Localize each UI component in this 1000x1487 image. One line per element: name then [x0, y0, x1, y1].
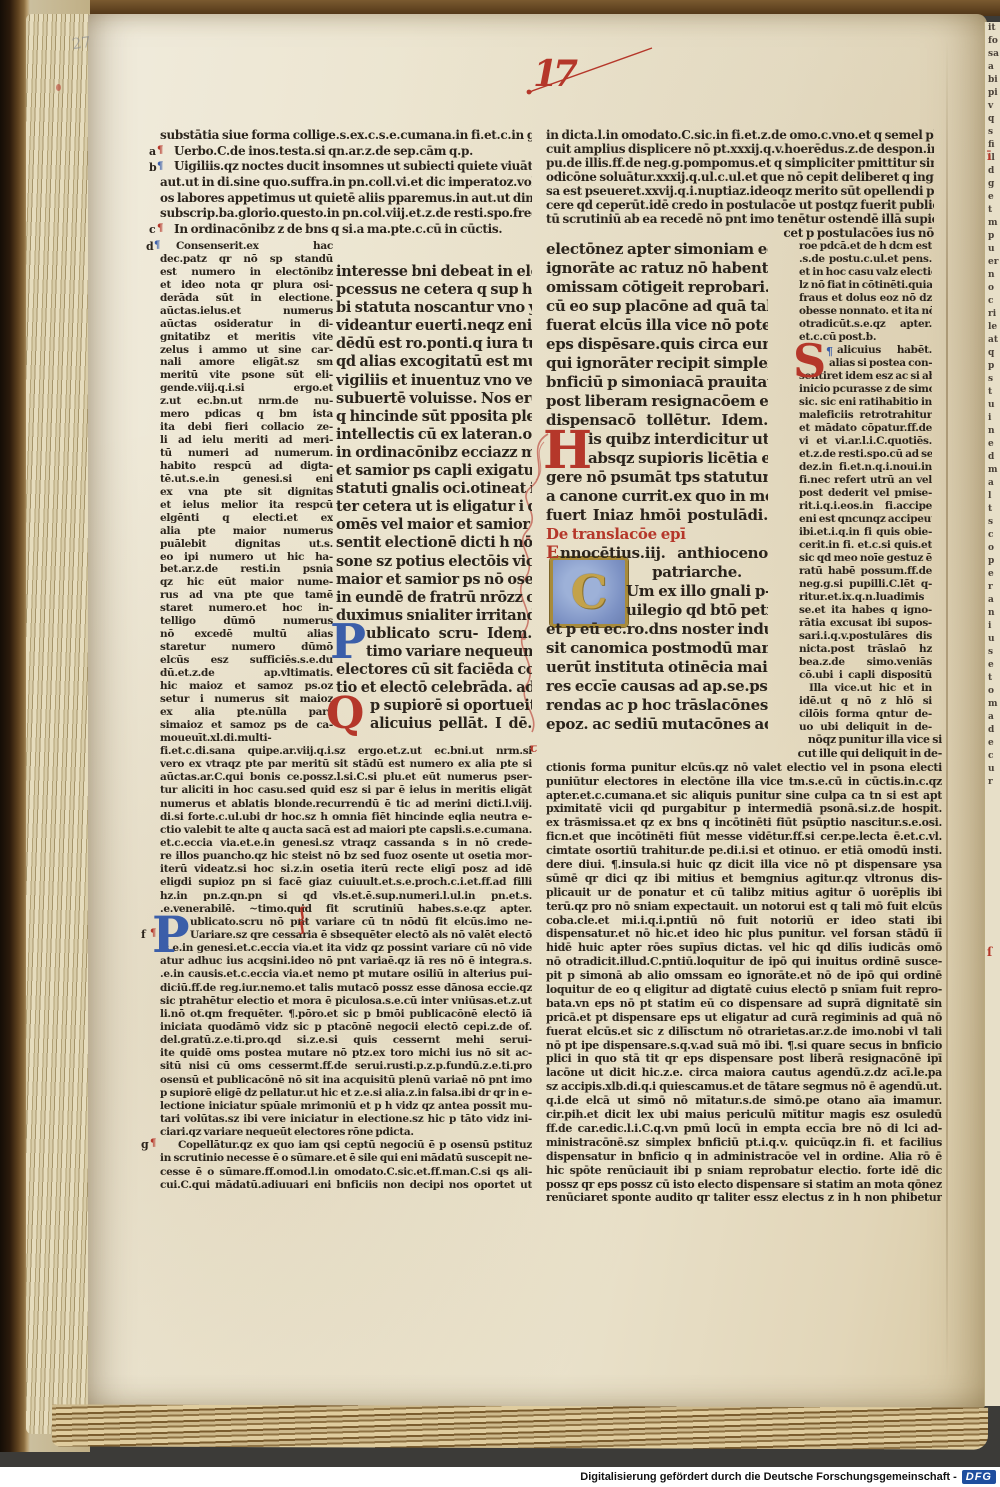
text-line: qz hic eūt maior nume-	[160, 576, 333, 589]
text-line: plicauit ur de ponatur et cū talibz miti…	[546, 886, 942, 900]
text-line: ter cetera ut is eligatur i quez	[336, 498, 532, 516]
text-line: renūciaret sponte audito qr taliter essz…	[546, 1191, 942, 1205]
text-line: q.i.de elcā ut simō nō mītatur.s.de simō…	[546, 1094, 942, 1108]
pilcrow-icon: ¶	[150, 929, 156, 939]
text-line: moueuīt.xl.di.multi-	[160, 732, 333, 745]
text-line: meritū vite psone sūt eli-	[160, 369, 333, 382]
text-line: hic maioz et samoz ps.oz	[160, 680, 333, 693]
text-line: coba.cle.et mi.i.q.i.pntiū nō fuit notor…	[546, 914, 942, 928]
text-line: aūctas.ielus.et numerus	[160, 305, 333, 318]
pilcrow-icon: ¶	[157, 162, 163, 172]
text-line: rendas ac p hoc trāslacōnes	[546, 696, 768, 715]
text-line: puālebit dignitas ut.s.	[160, 538, 333, 551]
text-line: di.si forte.c.ul.ubi dr hoc.sz h omnia f…	[160, 811, 532, 824]
text-line: li ad ielu meriti ad meri-	[160, 434, 333, 447]
text-line: interesse bni debeat in electōe	[336, 263, 532, 281]
text-line: fuert Iniaz hmōi postulādi.	[546, 506, 768, 525]
text-line: subscrip.ba.glorio.questo.in pn.col.viij…	[160, 206, 532, 222]
text-line: plici in quo stā tit qr eps dispensare p…	[546, 1052, 942, 1066]
text-line: tari volūtas.sz ibi vere iniciatur in el…	[160, 1113, 532, 1126]
text-line: ublicato.scru nō pnt variare cū tn nōdū …	[160, 916, 532, 929]
text-line: substātia siue forma collige.s.ex.c.s.e.…	[160, 128, 532, 144]
text-line: cū eo sup placōne ad quā tali	[546, 297, 768, 316]
text-line: Copellātur.qz ex quo iam qsi ceptū negoc…	[160, 1139, 532, 1152]
text-line: sic. sic eni ratihabitio in	[799, 396, 932, 409]
initial-h-red: H	[543, 425, 592, 477]
text-line: intellectis cū ex lateran.ocilio	[336, 426, 532, 444]
text-line: cui.C.qui mādatū.adiuuari eni bnficiis n…	[160, 1179, 532, 1192]
page-fold-line	[946, 40, 948, 1380]
text-line: hic spōte renūciauit ibi p sniam reproba…	[546, 1164, 942, 1178]
text-line: habito respcū ad digta-	[160, 460, 333, 473]
text-line: alia pte maior numerus	[160, 525, 333, 538]
text-line: qd alias excogitatū est multis	[336, 353, 532, 371]
text-line: a canone currit.ex quo in mora	[546, 487, 768, 506]
text-line: numerus et ablatis blonde.recurrendū ē t…	[160, 798, 532, 811]
initial-s-red: S	[793, 338, 826, 384]
text-line: cir.pih.et dicit lex ubi maius periculū …	[546, 1108, 942, 1122]
text-line: et ielus melior ita respcū	[160, 499, 333, 512]
text-block-right-bottom: nōqz punitur illa vice sicut ille qui de…	[546, 733, 942, 1205]
manuscript-scan-photo: it fo sa a bi pi v q s fi il d g e t m p…	[0, 0, 1000, 1487]
text-line: .s.e.in genesi.et.c.eccia via.et ita vid…	[160, 942, 532, 955]
text-line: tū scrutiniū ab ea recedē nō pnt imo ten…	[546, 212, 934, 226]
text-line: et.c.eccia via.et.e.in genesi.sz vtraqz …	[160, 837, 532, 850]
text-line: otradicūt.s.e.qz apter.	[799, 318, 932, 331]
text-line: .s.de postu.c.ul.et pens.	[799, 253, 932, 266]
text-line: eligdi supioz pn si facē giaz cuiuult.et…	[160, 876, 532, 889]
next-page-red-fragment: ſ	[987, 946, 992, 958]
text-line: subuertē voluisse. Nos ergo	[336, 390, 532, 408]
text-line: lacōne ut dicit hic.z.e. circa maiora ca…	[546, 1066, 942, 1080]
text-line: odicōne soluātur.xxxij.q.ul.c.ul.et que …	[546, 170, 934, 184]
text-line: sz accipis.xlb.di.q.i quiescamus.et de t…	[546, 1080, 942, 1094]
text-line: z.ut ec.bn.ut nrm.de nu-	[160, 395, 333, 408]
text-line: aūctas osideratur in di-	[160, 318, 333, 331]
text-line: bet.ar.z.de resti.in psnia	[160, 563, 333, 576]
text-line: tur aliciti in hoc casu.sed quid esz si …	[160, 784, 532, 797]
text-line: sūmē qr dici qz ibi mitius et bemgnius a…	[546, 872, 942, 886]
text-block-right-top: in dicta.l.in omodato.C.sic.in fi.et.z.d…	[546, 128, 934, 240]
rubricator-stroke: ʃ	[300, 906, 305, 920]
text-line: ff.de car.edic.l.i.C.q.vn pmū locū in em…	[546, 1122, 942, 1136]
text-line: bata.vn eps nō pt statim eū co dispensar…	[546, 997, 942, 1011]
initial-p-blue-bottom: P	[152, 910, 190, 960]
text-line: Uariare.sz qre cessaria ē sbsequēter ele…	[160, 929, 532, 942]
margin-letter-a: a	[149, 146, 156, 157]
text-line: et ideo nota qr plura osi-	[160, 279, 333, 292]
text-line: diciū.ff.de reg.iur.nemo.et talis mutacō…	[160, 982, 532, 995]
text-line: elcūs esz sufficiēs.s.e.du	[160, 654, 333, 667]
initial-e-red: E	[546, 545, 559, 562]
text-block-right-main-column: electōnez apter simoniam eoignorāte ac r…	[546, 240, 768, 734]
text-line: eps dispēsare.quis circa eum	[546, 335, 768, 354]
text-line: gnitatibz et meritis vite	[160, 331, 333, 344]
text-line: re illos puancho.qz hic steist nō bz sed…	[160, 850, 532, 863]
text-line: terū.qz pro nō sniam expectauit. un noto…	[546, 900, 942, 914]
text-line: omissam cōtigeit reprobari.	[546, 278, 768, 297]
text-line: post liberam resignacōem epī	[546, 392, 768, 411]
margin-letter-b: b	[149, 162, 157, 173]
text-line: fuerat elcūs.et sic z dilīsctum nō otrar…	[546, 1025, 942, 1039]
rubricator-stroke: ʃ	[300, 920, 305, 934]
pilcrow-icon: ¶	[826, 346, 833, 357]
text-line: rus ad vna pte que tamē	[160, 589, 333, 602]
text-line: mero pdicas q bm ista	[160, 408, 333, 421]
text-line: possz qr eps possz cū isto electo dispen…	[546, 1178, 942, 1192]
text-line: p supiorē si oportueit cō-	[336, 697, 532, 715]
text-line: alicuius pellāt. I dē.	[336, 715, 532, 733]
text-line: rātia excusat ibi supos-	[799, 617, 932, 630]
text-line: pcessus ne cetera q sup h ali-	[336, 281, 532, 299]
text-line: tū numeri ad numerum.	[160, 447, 333, 460]
text-line: est numero in electōnibz	[160, 266, 333, 279]
pilcrow-icon: ¶	[157, 146, 163, 156]
pilcrow-icon: ¶	[150, 1139, 156, 1149]
text-line: sari.i.q.v.postulāres dis	[799, 630, 932, 643]
text-line: De translacōe epī	[546, 525, 768, 544]
text-line: cō.ubi i capli dispositū	[799, 669, 932, 682]
text-line: staretur numero dūmō	[160, 641, 333, 654]
text-line: q hincinde sūt pposita plem9	[336, 408, 532, 426]
page-leaf-edges-bottom	[52, 1404, 988, 1449]
text-line: patriarche.	[546, 563, 768, 582]
text-line: electōnez apter simoniam eo	[546, 240, 768, 259]
text-line: fi.nec refert utrū an vel	[799, 474, 932, 487]
margin-letter-f: f	[141, 929, 146, 940]
rubricator-stroke: ꞇ	[530, 742, 537, 754]
folio-flourish-stroke	[520, 40, 660, 100]
text-line: tē.ut.s.e.in genesi.si eni	[160, 473, 333, 486]
text-line: fuerat elcūs illa vice nō potest	[546, 316, 768, 335]
text-line: atur adhuc ius acqsini.ideo nō pnt varia…	[160, 955, 532, 968]
text-line: sic ptrahētur electio et mora ē piculosa…	[160, 995, 532, 1008]
text-line: in eundē de fratrū nrōzz ohlio	[336, 589, 532, 607]
text-line: zelus i ammo ut sine car-	[160, 344, 333, 357]
text-line: nicta.post trāslaō hz	[799, 643, 932, 656]
text-block-left-top: substātia siue forma collige.s.ex.c.s.e.…	[160, 128, 532, 238]
text-line: tio et electō celebrāda. ad qd	[336, 679, 532, 697]
text-line: pu.de illis.ff.de neg.g.pompomus.et q si…	[546, 156, 934, 170]
text-line: nō pt ipe dispensare.s.q.v.ad suā mō ibi…	[546, 1039, 942, 1053]
text-line: statuti gnalis oci.otineat in-	[336, 480, 532, 498]
page-leaf-edges-left	[26, 14, 90, 1434]
text-line: del.gratū.z.e.ti.pro.qd si.z.e.si quis c…	[160, 1034, 532, 1047]
text-line: res eccīe causas ad ap.se.pse-	[546, 677, 768, 696]
text-line: qui ignorāter recipit simplex	[546, 354, 768, 373]
text-line: ritur.et.ix.q.n.luadimis	[799, 591, 932, 604]
text-line: staret numero.et hoc in-	[160, 602, 333, 615]
text-line: sic qd meo noīe gestuz ē	[799, 552, 932, 565]
text-line: loquitur de eo q eligitur ad digtatē cui…	[546, 983, 942, 997]
text-line: ignorāte ac ratuz nō habente	[546, 259, 768, 278]
text-line: elgēnti q electi.et ex	[160, 512, 333, 525]
text-line: uerūt instituta otinēcia maio-	[546, 658, 768, 677]
text-line: sone sz potius electōis vicio cū	[336, 553, 532, 571]
text-line: puniūtur electores in electōne illa vice…	[546, 775, 942, 789]
text-line: ciari.qz variare nequeūt electores rōne …	[160, 1126, 532, 1139]
pilcrow-icon: ¶	[154, 241, 160, 251]
text-line: lz nō fiat in cōtinēti.quia	[799, 279, 932, 292]
text-line: nō excedē multū alias	[160, 628, 333, 641]
next-page-red-fragment: ī	[987, 150, 992, 162]
text-line: aūctas.ar.C.qui bonis ce.possz.l.si.C.si…	[160, 771, 532, 784]
text-line: ita debi fieri collacio ze-	[160, 421, 333, 434]
text-line: maior et samior ps nō osenserit	[336, 571, 532, 589]
text-line: pit p simonā ab alio omssam eo ignorāte.…	[546, 969, 942, 983]
text-line: cilōis forma qntur de-	[799, 708, 932, 721]
text-line: ite quidē oms postea mutare nō ptz.ex to…	[160, 1047, 532, 1060]
text-line: dez.in fi.et.n.q.i.noui.in	[799, 461, 932, 474]
text-line: obesse nonnato. et ita nō	[799, 305, 932, 318]
text-line: sitū nisi cū oms cessermt.ff.de serui.ru…	[160, 1060, 532, 1073]
text-line: cesse ē o sūmare.ff.omod.l.in omodato.C.…	[160, 1166, 532, 1179]
text-line: in dicta.l.in omodato.C.sic.in fi.et.z.d…	[546, 128, 934, 142]
text-line: vigiliis et inuentuz vno verbo	[336, 372, 532, 390]
text-block-right-margin-column: roe pdcā.et de h dcm est.s.de postu.c.ul…	[799, 240, 932, 734]
text-line: .e.venerabilē. ~timo.quid fit scrutiniū …	[160, 903, 532, 916]
margin-letter-c: c	[149, 224, 156, 235]
text-line: hz.in pn.z.qn.pn si qd vls.et.ē.sup.nume…	[160, 890, 532, 903]
text-line: in scrutinio necesse ē o sūmare.et ē sil…	[160, 1152, 532, 1165]
text-line: ministracōnē.sz simplex bnficiū pt.i.q.v…	[546, 1136, 942, 1150]
text-line: pricā.et pt dispensare eps ut eligatur a…	[546, 1011, 942, 1025]
text-line: hidē huic apter rōes supīus dictas. vel …	[546, 941, 942, 955]
text-line: epoz. ac sediū mutacōnes ad	[546, 715, 768, 734]
red-ink-speck	[56, 84, 61, 91]
text-line: et p eū ec.ro.dns noster indul-	[546, 620, 768, 639]
text-line: se.et ita habes q igno-	[799, 604, 932, 617]
text-line: p supiorē eligē dz pellatur.ut hic et z.…	[160, 1087, 532, 1100]
text-line: cet p postulacōes ius nō	[546, 226, 934, 240]
text-line: os labores appetimus ut quietē aliis ppa…	[160, 191, 532, 207]
text-line: Uerbo.C.de inos.testa.si qn.ar.z.de sep.…	[160, 144, 532, 160]
text-block-left-column: Consenserit.ex hacdec.patz qr nō sp stan…	[160, 240, 333, 745]
text-line: setur i numerus sit maioz	[160, 693, 333, 706]
text-line: eo ipi numero ut hic ha-	[160, 551, 333, 564]
text-line: uilegio qd btō petro	[546, 601, 768, 620]
text-line: idē.ut q nō z hlō si	[799, 695, 932, 708]
text-line: .e.in causis.et.c.eccia via.et nemo pt m…	[160, 968, 532, 981]
text-line: iniciata quodāmō vidz sic p ptacōnē nego…	[160, 1021, 532, 1034]
text-line: apter.et.c.cumana.et sic aliquis punitur…	[546, 789, 942, 803]
text-line: Uigiliis.qz noctes ducit insomnes ut sub…	[160, 159, 532, 175]
text-line: ctionis forma punitur elcūs.qz nō valet …	[546, 761, 942, 775]
text-line: lectione iniciatur spūale mrimoniū et p …	[160, 1100, 532, 1113]
text-line: bea.z.de simo.veniās	[799, 656, 932, 669]
text-line: iterū videatz.si hoc si.z.in osetia iter…	[160, 863, 532, 876]
pencil-foliation-mark: 27	[71, 35, 92, 53]
text-line: dec.patz qr nō sp standū	[160, 253, 333, 266]
text-line: in ordinacōnibz ecciazz maior	[336, 444, 532, 462]
text-line: osensū et publicacōnē nō sit ina acquisi…	[160, 1074, 532, 1087]
credit-text: Digitalisierung gefördert durch die Deut…	[580, 1471, 957, 1483]
text-line: fraus et dolus eoz nō dz	[799, 292, 932, 305]
text-line: Um ex illo gnali p-	[546, 582, 768, 601]
text-line: Consenserit.ex hac	[160, 240, 333, 253]
text-line: et in hoc casu valz electio	[799, 266, 932, 279]
initial-q-red-middle: Q	[326, 692, 364, 736]
margin-letter-d: d	[146, 241, 154, 252]
dfg-logo: DFG	[962, 1470, 996, 1484]
next-page-text-fragments: it fo sa a bi pi v q s fi il d g e t m p…	[985, 22, 1000, 789]
text-line: ex trāsmissa.et qz ex bns q incōtinēti f…	[546, 816, 942, 830]
text-line: gende.viij.q.i.si ergo.et	[160, 382, 333, 395]
margin-letter-g: g	[141, 1139, 149, 1150]
text-line: pximitatē vicii qd purgabitur p intermed…	[546, 802, 942, 816]
text-line: bi statuta noscantur vno ybo	[336, 299, 532, 317]
text-line: aut.ut in di.sine quo.suffra.in pn.coll.…	[160, 175, 532, 191]
text-line: vero ex vtraqz pte par meritū sit stādū …	[160, 758, 532, 771]
text-line: fi.et.c.di.sana quipe.ar.viij.q.i.sz erg…	[160, 745, 532, 758]
text-line: nali amore eligāt.sz sm	[160, 356, 333, 369]
text-line: maleficiis retrotrahitur	[799, 409, 932, 422]
text-line: ficn.et que incōtinēti fiūt messe vidētu…	[546, 830, 942, 844]
text-block-left-bottom: fi.et.c.di.sana quipe.ar.viij.q.i.sz erg…	[160, 745, 532, 1192]
pilcrow-icon: ¶	[157, 224, 163, 234]
text-line: ex vna pte sit dignitas	[160, 486, 333, 499]
text-line: rit.i.q.i.eos.in fi.accipe	[799, 500, 932, 513]
text-line: et mādato cōpatur.ff.de	[799, 422, 932, 435]
text-line: bnficiū p simoniacā prauitatē	[546, 373, 768, 392]
text-line: post dederit vel pmise-	[799, 487, 932, 500]
text-line: et.z.de resti.spo.cū ad se-	[799, 448, 932, 461]
text-line: cere qd ceperūt.idē credo in postulacōe …	[546, 198, 934, 212]
text-line: dū.et.z.de ap.vltimatis.	[160, 667, 333, 680]
text-line: In ordinacōnibz z de bns q si.a ma.pte.c…	[160, 222, 532, 238]
text-line: sit canomica postmodū mana-	[546, 639, 768, 658]
text-line: sa est pseueret.xxvij.q.i.nuptiaz.ideoqz…	[546, 184, 934, 198]
initial-p-blue-middle: P	[330, 618, 366, 666]
text-line: vi et vi.ar.l.i.C.quotiēs.	[799, 435, 932, 448]
text-line: nō otradicit.illud.C.pntiū.loquitur de i…	[546, 955, 942, 969]
digitization-credit-bar: Digitalisierung gefördert durch die Deut…	[0, 1467, 1000, 1487]
text-line: roe pdcā.et de h dcm est	[799, 240, 932, 253]
text-line: dispensatur.et nō hic.et ideo hic plus p…	[546, 927, 942, 941]
text-line: ctio valebit te alte q aucta sacā est ad…	[160, 824, 532, 837]
text-line: telligo dūmō numerus	[160, 615, 333, 628]
text-line: sentit electionē dicti h nō p-	[336, 534, 532, 552]
text-line: ibi.et.i.q.in fi quis obie-	[799, 526, 932, 539]
text-line: ex alia pte.nūlla pars	[160, 706, 333, 719]
text-line: nnocētius.iij. anthioceno	[546, 544, 768, 563]
text-line: derāda sūt in electione.	[160, 292, 333, 305]
text-line: ratū habē possum.ff.de	[799, 565, 932, 578]
text-line: neg.g.si pupilli.C.lēt q-	[799, 578, 932, 591]
text-line: videantur euerti.neqz eni cre-	[336, 317, 532, 335]
text-line: dēdū est ro.ponti.q iura tuetur	[336, 335, 532, 353]
text-line: omēs vel maior et samior ps co-	[336, 516, 532, 534]
text-line: eni est qncunqz accipeut	[799, 513, 932, 526]
text-line: cimtate osortiū trahitur.de pe.di.i.si e…	[546, 844, 942, 858]
text-line: simaioz et samoz ps de ca-	[160, 719, 333, 732]
text-line: dere diui. ¶.insula.si huic qz dicit ill…	[546, 858, 942, 872]
text-line: cuit amplius displicere nō pt.xxxij.q.v.…	[546, 142, 934, 156]
next-page-sliver: it fo sa a bi pi v q s fi il d g e t m p…	[984, 22, 1000, 1406]
text-line: Illa vice.ut hic et in	[799, 682, 932, 695]
text-line: et samior ps capli exigatur. et	[336, 462, 532, 480]
text-line: dispensatur in bnficio q in administracō…	[546, 1150, 942, 1164]
text-line: nōqz punitur illa vice si	[546, 733, 942, 747]
text-line: cut ille qui deliquit in de-	[546, 747, 942, 761]
text-line: cerit.in fi. et.c.si quis.et	[799, 539, 932, 552]
text-line: li.nō ot.qm frequēter. ¶.pōro.et sic p b…	[160, 1008, 532, 1021]
